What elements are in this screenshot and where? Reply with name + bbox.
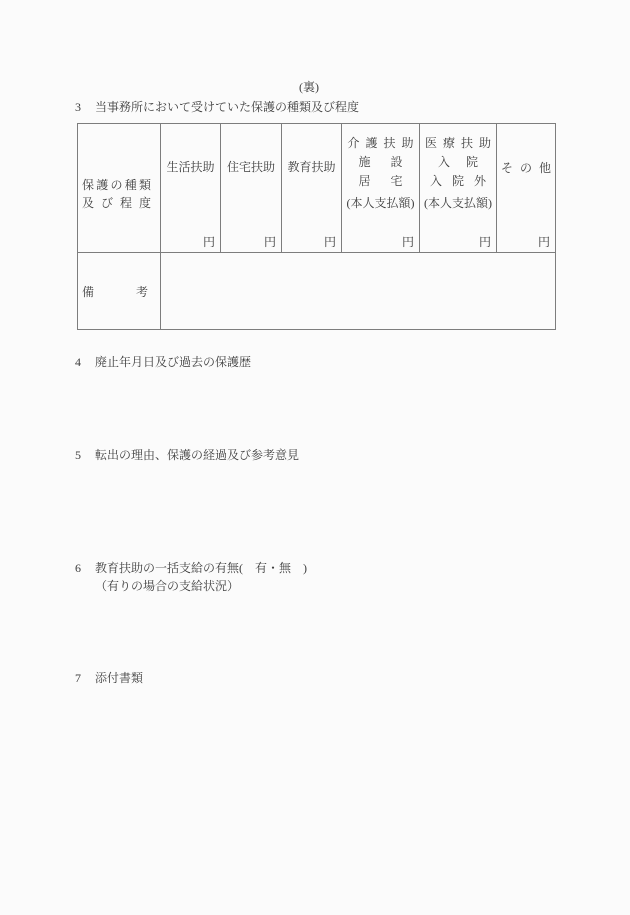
yen-unit-label: 円 [282, 235, 341, 252]
section-7-heading: 7 添付書類 [75, 671, 143, 686]
livelihood-aid-label: 生活扶助 [161, 159, 220, 175]
section-4-title: 廃止年月日及び過去の保護歴 [95, 355, 251, 370]
remarks-value-cell [161, 253, 556, 330]
yen-unit-label: 円 [161, 235, 220, 252]
self-pay-amount-label: (本人支払額) [420, 194, 496, 213]
section-6-subtitle: （有りの場合の支給状況） [95, 579, 239, 594]
section-6-title: 教育扶助の一括支給の有無( 有・無 ) [95, 561, 307, 576]
remarks-label-cell: 備考 [78, 253, 161, 330]
table-remarks-row: 備考 [78, 253, 556, 330]
table-header-row: 保護の種類 及び程度 生活扶助 円 住宅扶助 円 [78, 124, 556, 253]
cell-other-aid: その他 円 [497, 124, 556, 253]
nursing-care-aid-label: 介護扶助 [348, 134, 414, 153]
outpatient-label: 入院外 [430, 172, 486, 191]
yen-unit-label: 円 [420, 235, 496, 252]
section-3-number: 3 [75, 100, 95, 115]
facility-label: 施設 [359, 153, 403, 172]
section-4-heading: 4 廃止年月日及び過去の保護歴 [75, 355, 251, 370]
medical-aid-label: 医療扶助 [425, 134, 491, 153]
section-6-number: 6 [75, 561, 95, 576]
self-pay-amount-label: (本人支払額) [342, 194, 419, 213]
section-5-number: 5 [75, 448, 95, 463]
home-label: 居宅 [359, 172, 403, 191]
type-degree-line1: 保護の種類 [82, 176, 151, 194]
section-7-number: 7 [75, 671, 95, 686]
type-degree-line2: 及び程度 [82, 194, 151, 212]
cell-nursing-care-aid: 介護扶助 施設 居宅 (本人支払額) 円 [342, 124, 420, 253]
cell-medical-aid: 医療扶助 入院 入院外 (本人支払額) 円 [420, 124, 497, 253]
section-6-heading: 6 教育扶助の一括支給の有無( 有・無 ) [75, 561, 307, 576]
section-5-heading: 5 転出の理由、保護の経過及び参考意見 [75, 448, 299, 463]
cell-education-aid: 教育扶助 円 [282, 124, 342, 253]
assistance-type-table: 保護の種類 及び程度 生活扶助 円 住宅扶助 円 [77, 123, 556, 330]
other-aid-label: その他 [501, 159, 551, 178]
cell-housing-aid: 住宅扶助 円 [221, 124, 282, 253]
section-5-title: 転出の理由、保護の経過及び参考意見 [95, 448, 299, 463]
yen-unit-label: 円 [497, 235, 555, 252]
education-aid-label: 教育扶助 [282, 159, 341, 175]
cell-type-and-degree: 保護の種類 及び程度 [78, 124, 161, 253]
page-side-label: (裏) [299, 80, 319, 95]
form-page-back: (裏) 3 当事務所において受けていた保護の種類及び程度 保護の種類 及び程度 … [0, 0, 630, 915]
inpatient-label: 入院 [438, 153, 478, 172]
section-4-number: 4 [75, 355, 95, 370]
section-3-title: 当事務所において受けていた保護の種類及び程度 [95, 100, 359, 115]
cell-livelihood-aid: 生活扶助 円 [161, 124, 221, 253]
housing-aid-label: 住宅扶助 [221, 159, 281, 175]
yen-unit-label: 円 [342, 235, 419, 252]
section-3-heading: 3 当事務所において受けていた保護の種類及び程度 [75, 100, 359, 115]
remarks-label: 備考 [82, 283, 148, 300]
yen-unit-label: 円 [221, 235, 281, 252]
section-7-title: 添付書類 [95, 671, 143, 686]
